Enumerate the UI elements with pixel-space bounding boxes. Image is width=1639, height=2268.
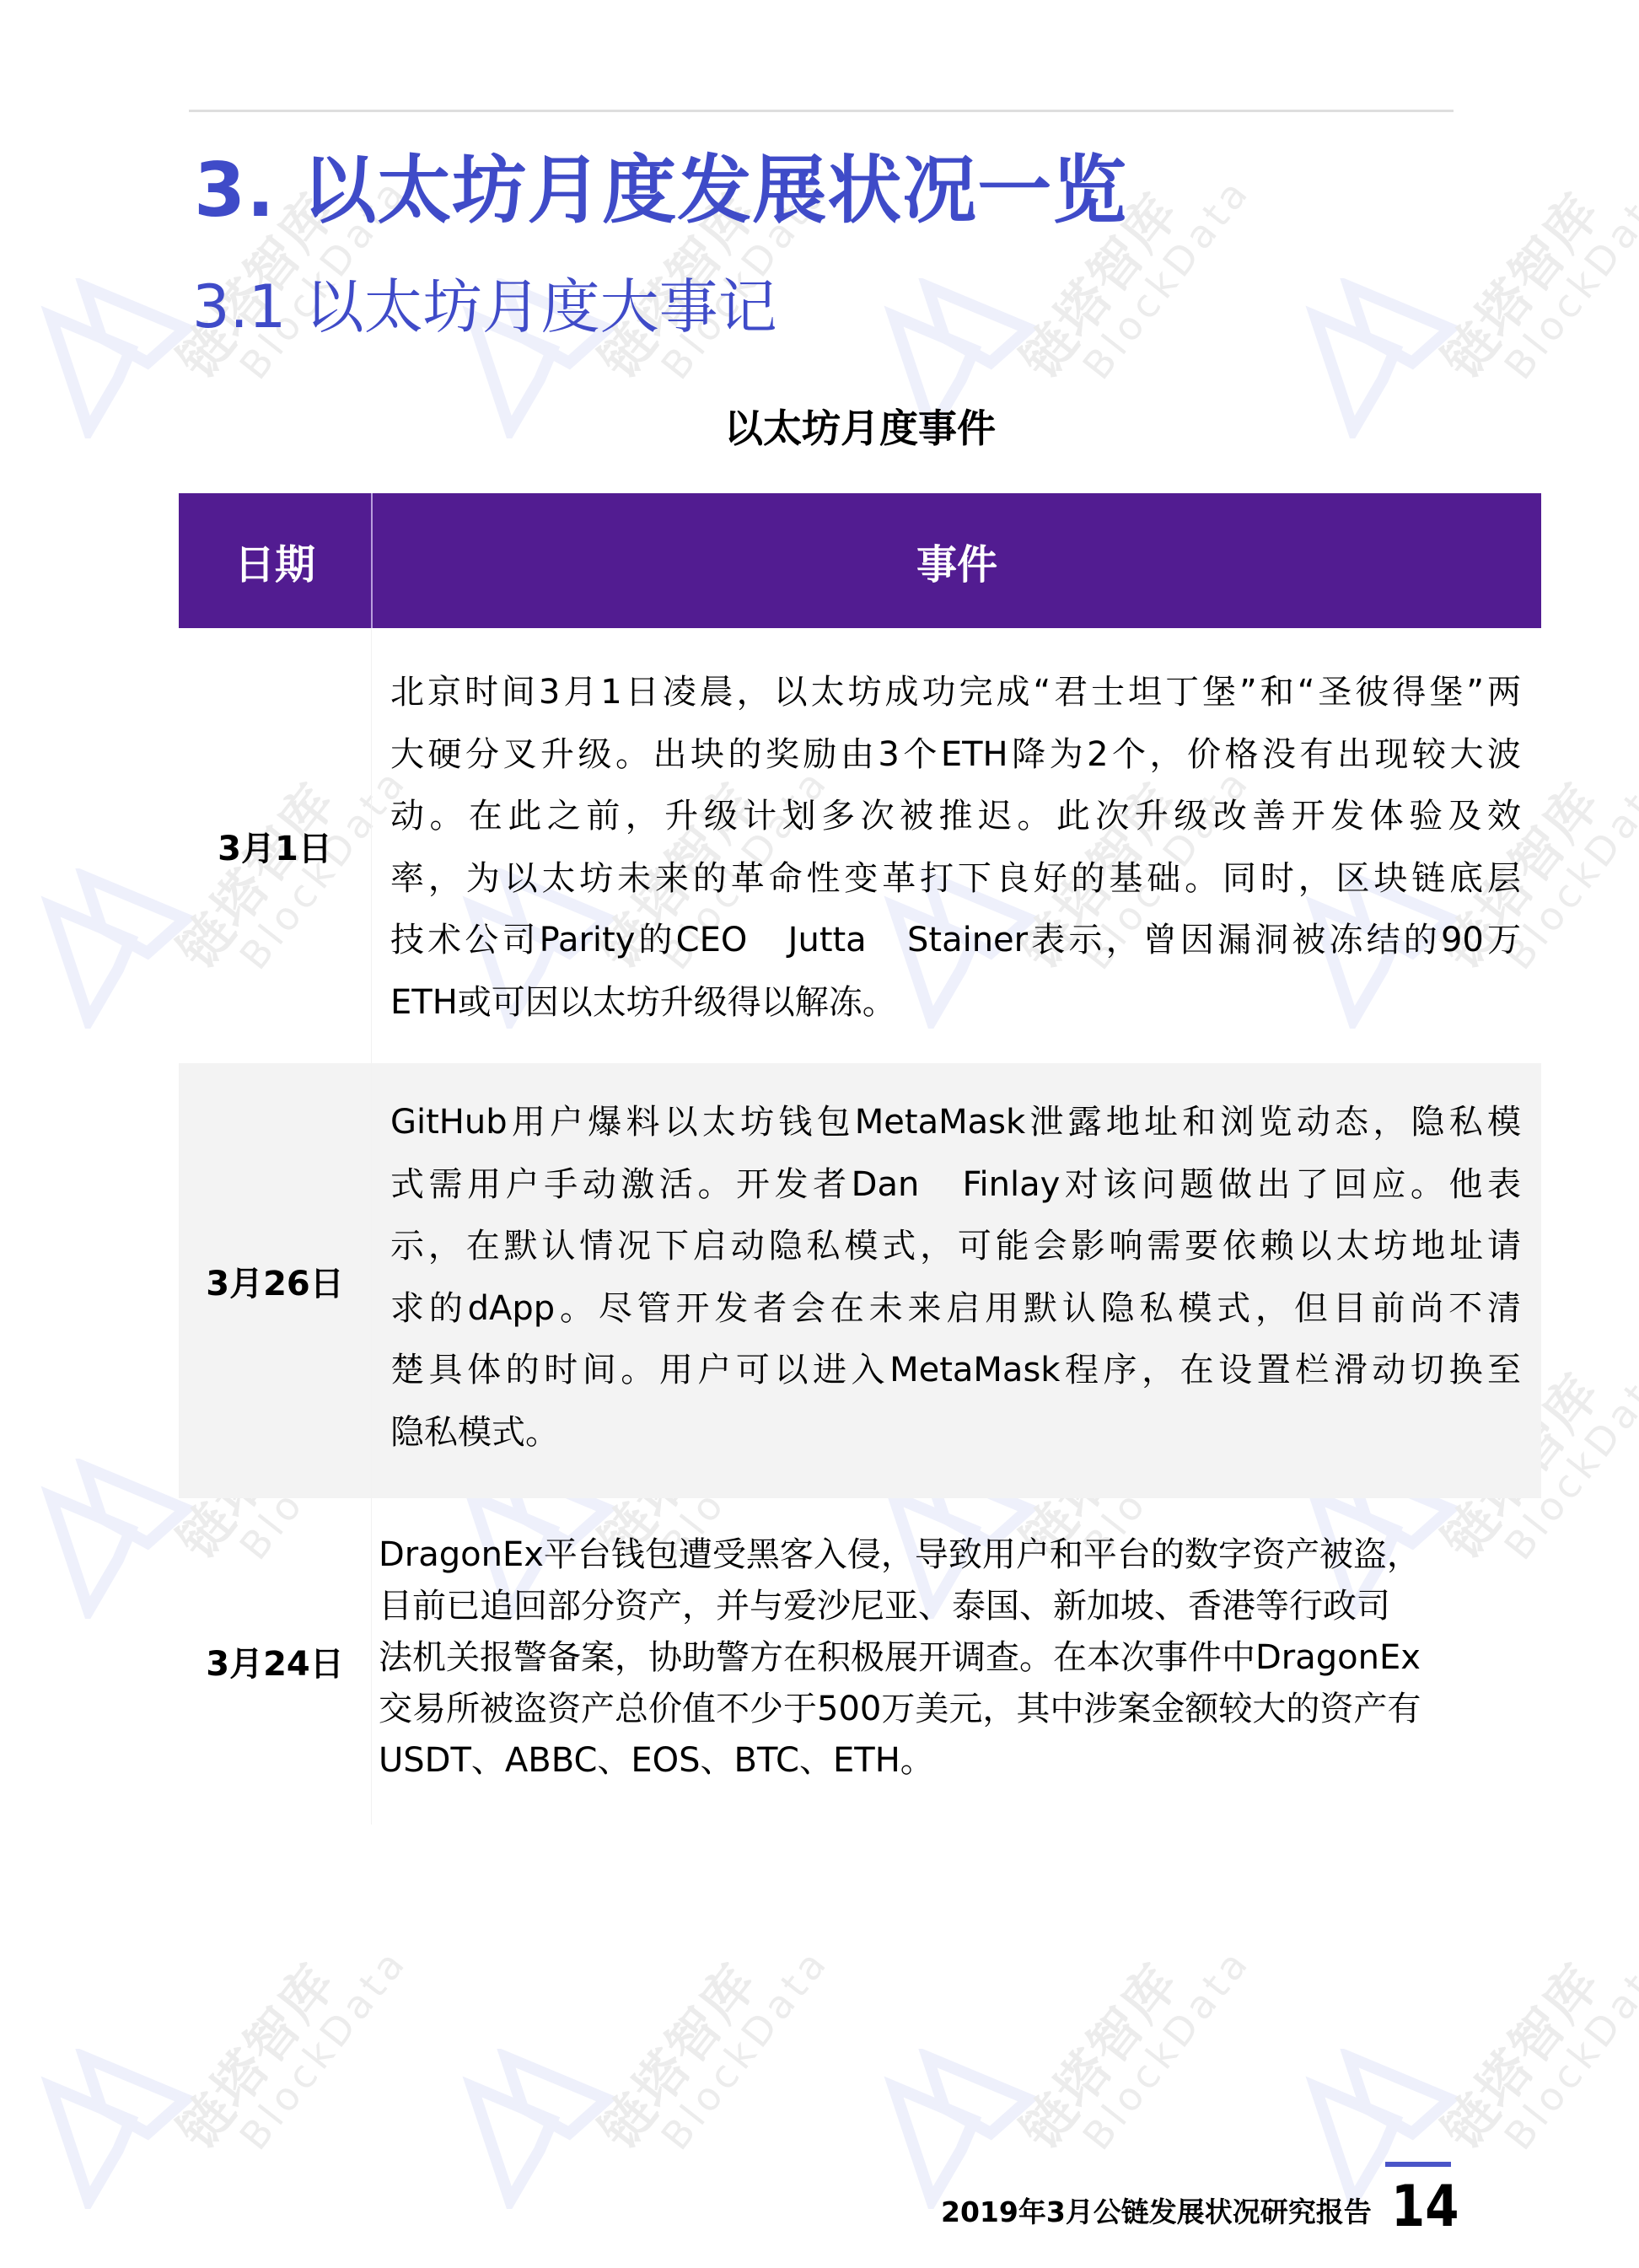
footer-report-title: 2019年3月公链发展状况研究报告: [941, 2192, 1372, 2233]
event-text-line: 示，在默认情况下启动隐私模式，可能会影响需要依赖以太坊地址请: [390, 1216, 1521, 1278]
event-text-line: 式需用户手动激活。开发者Dan Finlay对该问题做出了回应。他表: [390, 1154, 1521, 1217]
table-header: 日期 事件: [179, 493, 1541, 628]
event-text-line: 北京时间3月1日凌晨，以太坊成功完成“君士坦丁堡”和“圣彼得堡”两: [390, 662, 1521, 724]
event-text-line: 动。在此之前，升级计划多次被推迟。此次升级改善开发体验及效: [390, 786, 1521, 848]
column-header-date: 日期: [179, 493, 373, 628]
table-caption: 以太坊月度事件: [179, 403, 1541, 454]
subsection-title: 3.1 以太坊月度大事记: [192, 266, 777, 347]
page-number-accent-bar: [1385, 2162, 1451, 2167]
section-title: 3. 以太坊月度发展状况一览: [194, 140, 1127, 241]
event-text-line: 率，为以太坊未来的革命性变革打下良好的基础。同时，区块链底层: [390, 848, 1521, 911]
page: 3. 以太坊月度发展状况一览 3.1 以太坊月度大事记 以太坊月度事件 日期 事…: [0, 0, 1639, 2268]
page-number: 14: [1391, 2172, 1459, 2243]
event-text-line: 目前已追回部分资产，并与爱沙尼亚、泰国、新加坡、香港等行政司: [379, 1581, 1541, 1632]
table-row: 3月26日 GitHub用户爆料以太坊钱包MetaMask泄露地址和浏览动态，隐…: [179, 1063, 1541, 1498]
event-description: 北京时间3月1日凌晨，以太坊成功完成“君士坦丁堡”和“圣彼得堡”两 大硬分叉升级…: [372, 628, 1541, 1063]
event-text-line: 技术公司Parity的CEO Jutta Stainer表示，曾因漏洞被冻结的9…: [390, 910, 1521, 972]
event-text-line: 楚具体的时间。用户可以进入MetaMask程序，在设置栏滑动切换至: [390, 1340, 1521, 1402]
event-date: 3月26日: [179, 1063, 372, 1498]
event-text-line: ETH或可因以太坊升级得以解冻。: [390, 972, 1521, 1035]
top-divider: [189, 110, 1454, 112]
event-description: DragonEx平台钱包遭受黑客入侵，导致用户和平台的数字资产被盗， 目前已追回…: [372, 1498, 1541, 1825]
event-text-line: 大硬分叉升级。出块的奖励由3个ETH降为2个，价格没有出现较大波: [390, 724, 1521, 787]
event-text-line: 交易所被盗资产总价值不少于500万美元，其中涉案金额较大的资产有: [379, 1684, 1541, 1735]
table-row: 3月24日 DragonEx平台钱包遭受黑客入侵，导致用户和平台的数字资产被盗，…: [179, 1498, 1541, 1825]
column-header-event: 事件: [373, 493, 1541, 628]
event-text-line: 求的dApp。尽管开发者会在未来启用默认隐私模式，但目前尚不清: [390, 1278, 1521, 1341]
event-text-line: GitHub用户爆料以太坊钱包MetaMask泄露地址和浏览动态，隐私模: [390, 1092, 1521, 1154]
event-description: GitHub用户爆料以太坊钱包MetaMask泄露地址和浏览动态，隐私模 式需用…: [372, 1063, 1541, 1498]
event-text-line: DragonEx平台钱包遭受黑客入侵，导致用户和平台的数字资产被盗，: [379, 1529, 1541, 1581]
event-text-line: 隐私模式。: [390, 1402, 1521, 1465]
event-date: 3月1日: [179, 628, 372, 1063]
event-text-line: USDT、ABBC、EOS、BTC、ETH。: [379, 1735, 1541, 1787]
event-date: 3月24日: [179, 1498, 372, 1825]
table-row: 3月1日 北京时间3月1日凌晨，以太坊成功完成“君士坦丁堡”和“圣彼得堡”两 大…: [179, 628, 1541, 1063]
events-table: 日期 事件 3月1日 北京时间3月1日凌晨，以太坊成功完成“君士坦丁堡”和“圣彼…: [179, 493, 1541, 1825]
event-text-line: 法机关报警备案，协助警方在积极展开调查。在本次事件中DragonEx: [379, 1632, 1541, 1684]
